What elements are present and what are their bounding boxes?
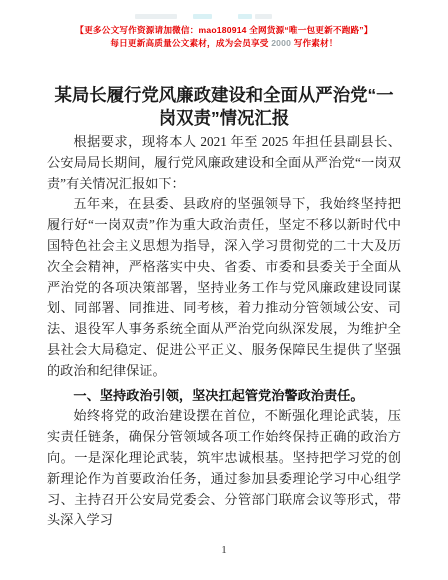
document-body: 根据要求，现将本人 2021 年至 2025 年担任县副县长、公安局局长期间，履…: [47, 132, 401, 531]
promo-line-2-suffix: 写作素材！: [291, 38, 338, 48]
document-page: 【更多公文写作资源请加微信：mao180914 全网货源“唯一包更新不跑路”】 …: [0, 0, 448, 580]
paragraph-section-1: 始终将党的政治建设摆在首位，不断强化理论武装，压实责任链条，确保分管领域各项工作…: [47, 406, 401, 531]
page-number: 1: [0, 544, 448, 556]
promo-line-2-prefix: 每日更新高质量公文素材，成为会员享受: [110, 38, 271, 48]
promo-line-2: 每日更新高质量公文素材，成为会员享受 2000 写作素材！: [0, 37, 448, 50]
promo-line-1: 【更多公文写作资源请加微信：mao180914 全网货源“唯一包更新不跑路”】: [0, 24, 448, 37]
watermark-dash: [193, 14, 212, 19]
paragraph-overview: 五年来，在县委、县政府的坚强领导下，我始终坚持把履行好“一岗双责”作为重大政治责…: [47, 194, 401, 381]
watermark-dash: [238, 14, 252, 19]
watermark-dash: [135, 14, 177, 19]
promo-banner: 【更多公文写作资源请加微信：mao180914 全网货源“唯一包更新不跑路”】 …: [0, 24, 448, 50]
watermark-dashes: [0, 13, 448, 20]
watermark-dash: [255, 14, 272, 19]
promo-member-count: 2000: [271, 38, 291, 48]
paragraph-intro: 根据要求，现将本人 2021 年至 2025 年担任县副县长、公安局局长期间，履…: [47, 132, 401, 194]
document-title: 某局长履行党风廉政建设和全面从严治党“一岗双责”情况汇报: [46, 84, 402, 130]
section-heading-1: 一、坚持政治引领，坚决扛起管党治警政治责任。: [47, 386, 401, 407]
